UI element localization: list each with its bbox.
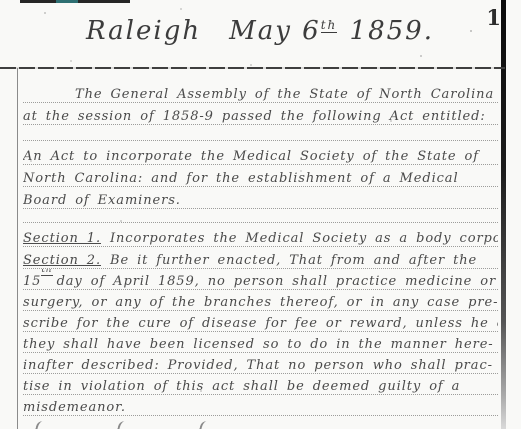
dateline-ordinal: th: [321, 18, 338, 33]
manuscript-line: surgery, or any of the branches thereof,…: [23, 290, 498, 311]
dateline-year: 1859.: [339, 16, 434, 46]
manuscript-line: The General Assembly of the State of Nor…: [23, 69, 498, 103]
manuscript-line: Board of Examiners.: [23, 187, 498, 209]
line-text: day of April 1859, no person shall pract…: [57, 274, 497, 289]
cut-off-line-fragment: [199, 420, 211, 429]
scanned-manuscript-page: 1 RaleighMay 6th 1859. The General Assem…: [0, 0, 521, 429]
line-text: An Act to incorporate the Medical Societ…: [23, 149, 479, 164]
section-heading-underlined: Section 2.: [23, 253, 101, 268]
line-text: surgery, or any of the branches thereof,…: [23, 295, 498, 310]
manuscript-line-section-1: Section 1. Incorporates the Medical Soci…: [23, 223, 498, 247]
manuscript-body: The General Assembly of the State of Nor…: [18, 69, 501, 429]
line-text: North Carolina: and for the establishmen…: [23, 171, 459, 186]
dateline-date: May 6: [229, 16, 321, 46]
line-text: 15: [23, 274, 41, 289]
manuscript-line: they shall have been licensed so to do i…: [23, 332, 498, 353]
cut-off-line-fragment: [117, 420, 129, 429]
manuscript-line: tise in violation of this act shall be d…: [23, 374, 498, 395]
ordinal-superscript: th: [41, 269, 52, 276]
page-right-binding-edge: [501, 0, 506, 429]
blank-ruled-line: [23, 209, 498, 223]
scan-edge-artifact-tint: [56, 0, 78, 3]
dateline-heading: RaleighMay 6th 1859.: [86, 16, 434, 46]
line-text: scribe for the cure of disease for fee o…: [23, 316, 498, 331]
manuscript-line: scribe for the cure of disease for fee o…: [23, 311, 498, 332]
line-text: Be it further enacted, That from and aft…: [110, 253, 477, 268]
line-text: tise in violation of this act shall be d…: [23, 379, 460, 394]
manuscript-line: 15thday of April 1859, no person shall p…: [23, 269, 498, 290]
line-text: inafter described: Provided, That no per…: [23, 358, 493, 373]
manuscript-line: North Carolina: and for the establishmen…: [23, 165, 498, 187]
manuscript-line: inafter described: Provided, That no per…: [23, 353, 498, 374]
manuscript-line: misdemeanor.: [23, 395, 498, 416]
line-text: misdemeanor.: [23, 400, 126, 415]
manuscript-line-section-2: Section 2. Be it further enacted, That f…: [23, 247, 498, 269]
line-text: Board of Examiners.: [23, 193, 181, 208]
line-text: The General Assembly of the State of Nor…: [75, 87, 494, 102]
page-number: 1: [486, 5, 501, 30]
blank-ruled-line: [23, 125, 498, 141]
manuscript-line: at the session of 1858-9 passed the foll…: [23, 103, 498, 125]
dateline-city: Raleigh: [86, 16, 201, 46]
section-heading-underlined: Section 1.: [23, 231, 101, 246]
line-text: Incorporates the Medical Society as a bo…: [110, 231, 498, 246]
scan-noise: [0, 0, 2, 2]
line-text: at the session of 1858-9 passed the foll…: [23, 109, 486, 124]
line-text: they shall have been licensed so to do i…: [23, 337, 494, 352]
manuscript-line: An Act to incorporate the Medical Societ…: [23, 141, 498, 165]
cut-off-line-fragment: [35, 420, 47, 429]
